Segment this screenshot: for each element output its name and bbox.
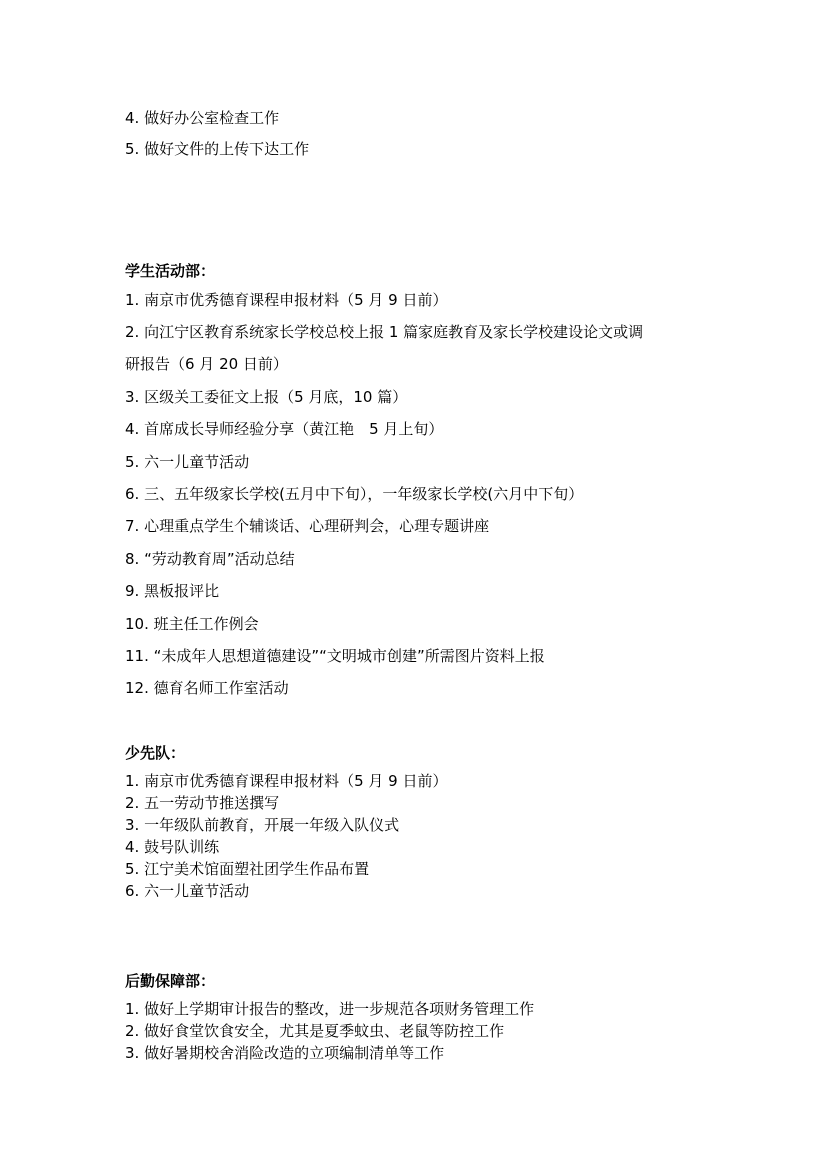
student-activity-item: 10. 班主任工作例会	[125, 614, 259, 634]
student-activity-item: 6. 三、五年级家长学校(五月中下旬），一年级家长学校(六月中下旬）	[125, 484, 583, 504]
section-heading-student-activities: 学生活动部：	[125, 261, 215, 281]
logistics-item: 1. 做好上学期审计报告的整改，进一步规范各项财务管理工作	[125, 999, 534, 1019]
young-pioneers-item: 3. 一年级队前教育，开展一年级入队仪式	[125, 815, 399, 835]
student-activity-item: 5. 六一儿童节活动	[125, 452, 249, 472]
student-activity-item: 9. 黑板报评比	[125, 581, 219, 601]
office-item: 5. 做好文件的上传下达工作	[125, 139, 309, 159]
young-pioneers-item: 6. 六一儿童节活动	[125, 881, 249, 901]
section-heading-logistics: 后勤保障部：	[125, 971, 215, 991]
young-pioneers-item: 5. 江宁美术馆面塑社团学生作品布置	[125, 859, 369, 879]
young-pioneers-item: 2. 五一劳动节推送撰写	[125, 793, 279, 813]
student-activity-item: 研报告（6 月 20 日前）	[125, 354, 288, 374]
student-activity-item: 12. 德育名师工作室活动	[125, 678, 289, 698]
document-page: 4. 做好办公室检查工作 5. 做好文件的上传下达工作 学生活动部： 1. 南京…	[0, 0, 827, 1170]
office-item: 4. 做好办公室检查工作	[125, 108, 279, 128]
student-activity-item: 2. 向江宁区教育系统家长学校总校上报 1 篇家庭教育及家长学校建设论文或调	[125, 322, 643, 342]
student-activity-item: 8. “劳动教育周”活动总结	[125, 549, 295, 569]
section-heading-young-pioneers: 少先队：	[125, 743, 185, 763]
young-pioneers-item: 1. 南京市优秀德育课程申报材料（5 月 9 日前）	[125, 771, 447, 791]
logistics-item: 2. 做好食堂饮食安全，尤其是夏季蚊虫、老鼠等防控工作	[125, 1021, 504, 1041]
logistics-item: 3. 做好暑期校舍消险改造的立项编制清单等工作	[125, 1043, 444, 1063]
student-activity-item: 1. 南京市优秀德育课程申报材料（5 月 9 日前）	[125, 290, 447, 310]
student-activity-item: 11. “未成年人思想道德建设”“文明城市创建”所需图片资料上报	[125, 646, 545, 666]
student-activity-item: 4. 首席成长导师经验分享（黄江艳 5 月上旬）	[125, 419, 443, 439]
student-activity-item: 7. 心理重点学生个辅谈话、心理研判会，心理专题讲座	[125, 516, 489, 536]
student-activity-item: 3. 区级关工委征文上报（5 月底，10 篇）	[125, 387, 407, 407]
young-pioneers-item: 4. 鼓号队训练	[125, 837, 219, 857]
